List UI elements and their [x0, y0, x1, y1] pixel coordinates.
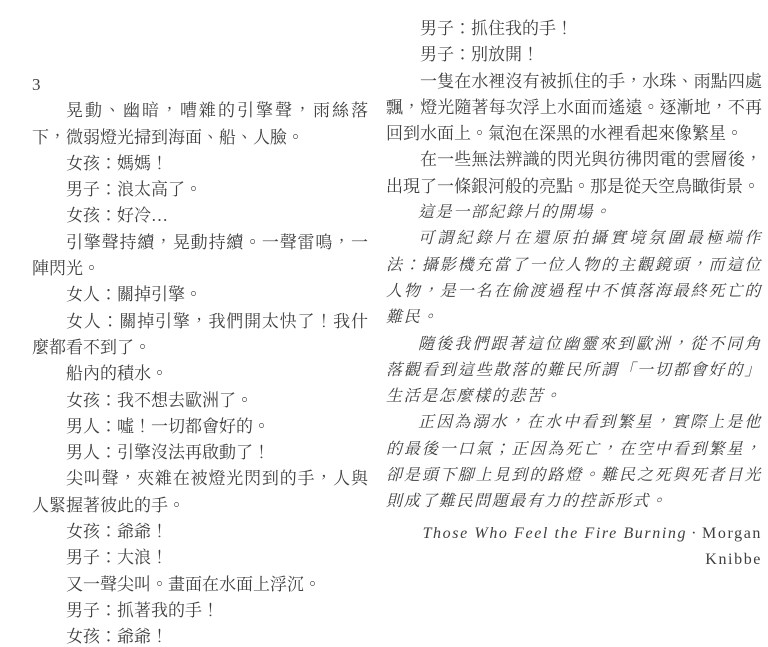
- commentary-paragraph: 這是一部紀錄片的開場。: [386, 200, 762, 226]
- dialogue-line: 男子：別放開！: [386, 42, 762, 68]
- scene-description: 船內的積水。: [32, 361, 368, 387]
- attribution-separator: ·: [691, 521, 698, 547]
- scene-description: 又一聲尖叫。畫面在水面上浮沉。: [32, 572, 368, 598]
- scene-description: 引擎聲持續，晃動持續。一聲雷鳴，一陣閃光。: [32, 230, 368, 283]
- director-name: Morgan Knibbe: [702, 525, 762, 568]
- scene-description: 在一些無法辨識的閃光與彷彿閃電的雲層後，出現了一條銀河般的亮點。那是從天空鳥瞰街…: [386, 147, 762, 200]
- dialogue-line: 男人：噓！一切都會好的。: [32, 414, 368, 440]
- dialogue-line: 女孩：我不想去歐洲了。: [32, 388, 368, 414]
- scene-description: 晃動、幽暗，嘈雜的引擎聲，雨絲落下，微弱燈光掃到海面、船、人臉。: [32, 98, 368, 151]
- left-text-column: 3 晃動、幽暗，嘈雜的引擎聲，雨絲落下，微弱燈光掃到海面、船、人臉。 女孩：媽媽…: [32, 72, 368, 647]
- section-number: 3: [32, 72, 368, 98]
- dialogue-line: 女孩：爺爺！: [32, 519, 368, 545]
- book-page: 3 晃動、幽暗，嘈雜的引擎聲，雨絲落下，微弱燈光掃到海面、船、人臉。 女孩：媽媽…: [0, 0, 768, 647]
- dialogue-line: 男人：引擎沒法再啟動了！: [32, 440, 368, 466]
- commentary-paragraph: 正因為溺水，在水中看到繁星，實際上是他的最後一口氣；正因為死亡，在空中看到繁星，…: [386, 410, 762, 515]
- scene-description: 一隻在水裡沒有被抓住的手，水珠、雨點四處飄，燈光隨著每次浮上水面而遙遠。逐漸地，…: [386, 69, 762, 148]
- dialogue-line: 女孩：爺爺！: [32, 624, 368, 647]
- dialogue-line: 男子：抓著我的手！: [32, 598, 368, 624]
- commentary-paragraph: 隨後我們跟著這位幽靈來到歐洲，從不同角落觀看到這些散落的難民所謂「一切都會好的」…: [386, 332, 762, 411]
- right-text-column: 男子：抓住我的手！ 男子：別放開！ 一隻在水裡沒有被抓住的手，水珠、雨點四處飄，…: [386, 16, 762, 573]
- dialogue-line: 女孩：好冷…: [32, 203, 368, 229]
- dialogue-line: 女孩：媽媽！: [32, 151, 368, 177]
- dialogue-line: 女人：關掉引擎。: [32, 282, 368, 308]
- scene-description: 尖叫聲，夾雜在被燈光閃到的手，人與人緊握著彼此的手。: [32, 466, 368, 519]
- commentary-paragraph: 可謂紀錄片在還原拍攝實境氛圍最極端作法：攝影機充當了一位人物的主觀鏡頭，而這位人…: [386, 226, 762, 331]
- dialogue-line: 男子：浪太高了。: [32, 177, 368, 203]
- film-attribution: Those Who Feel the Fire Burning·Morgan K…: [386, 521, 762, 574]
- commentary-section: 這是一部紀錄片的開場。 可謂紀錄片在還原拍攝實境氛圍最極端作法：攝影機充當了一位…: [386, 200, 762, 573]
- dialogue-line: 男子：大浪！: [32, 545, 368, 571]
- script-section: 男子：抓住我的手！ 男子：別放開！ 一隻在水裡沒有被抓住的手，水珠、雨點四處飄，…: [386, 16, 762, 200]
- film-title: Those Who Feel the Fire Burning: [423, 525, 688, 542]
- dialogue-line: 男子：抓住我的手！: [386, 16, 762, 42]
- dialogue-line: 女人：關掉引擎，我們開太快了！我什麼都看不到了。: [32, 309, 368, 362]
